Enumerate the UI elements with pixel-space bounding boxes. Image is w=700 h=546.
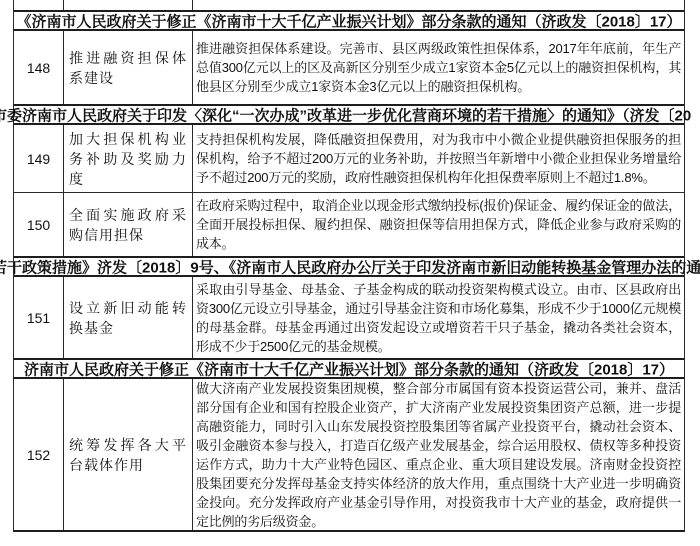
section-header-1: 《济南市人民政府关于修正《济南市十大千亿产业振兴计划》部分条款的通知（济政发〔2…	[14, 10, 684, 31]
row-title: 加大担保机构业务补助及奖励力度	[64, 125, 193, 192]
partial-row-top	[14, 0, 684, 10]
section-header-3-text: 若干政策措施》济发〔2018〕9号、《济南市人民政府办公厅关于印发济南市新旧动能…	[0, 256, 700, 277]
row-content: 做大济南产业发展投资集团规模，整合部分市属国有资本投资运营公司，兼并、盘活部分国…	[193, 379, 684, 530]
partial-cell-content	[193, 0, 684, 10]
policy-row-148: 148 推进融资担保体系建设 推进融资担保体系建设。完善市、县区两级政策性担保体…	[14, 31, 684, 104]
row-number: 150	[14, 193, 64, 256]
policy-row-150: 150 全面实施政府采购信用担保 在政府采购过程中，取消企业以现金形式缴纳投标(…	[14, 193, 684, 256]
row-content: 在政府采购过程中，取消企业以现金形式缴纳投标(报价)保证金、履约保证金的做法，全…	[193, 193, 684, 256]
row-title: 全面实施政府采购信用担保	[64, 193, 193, 256]
policy-row-149: 149 加大担保机构业务补助及奖励力度 支持担保机构发展，降低融资担保费用，对为…	[14, 125, 684, 193]
row-title: 推进融资担保体系建设	[64, 31, 193, 104]
row-number: 151	[14, 277, 64, 358]
row-number: 149	[14, 125, 64, 192]
row-content: 支持担保机构发展，降低融资担保费用，对为我市中小微企业提供融资担保服务的担保机构…	[193, 125, 684, 192]
row-content: 推进融资担保体系建设。完善市、县区两级政策性担保体系，2017年年底前，年生产总…	[193, 31, 684, 104]
row-number: 152	[14, 379, 64, 530]
partial-cell-title	[64, 0, 193, 10]
section-header-3: 若干政策措施》济发〔2018〕9号、《济南市人民政府办公厅关于印发济南市新旧动能…	[14, 256, 684, 277]
row-number: 148	[14, 31, 64, 104]
section-header-2: 市委济南市人民政府关于印发〈深化“一次办成”改革进一步优化营商环境的若干措施〉的…	[14, 104, 684, 125]
policy-table: 《济南市人民政府关于修正《济南市十大千亿产业振兴计划》部分条款的通知（济政发〔2…	[13, 0, 685, 532]
row-content: 采取由引导基金、母基金、子基金构成的联动投资架构模式设立。由市、区县政府出资30…	[193, 277, 684, 358]
section-header-4: 济南市人民政府关于修正《济南市十大千亿产业振兴计划》部分条款的通知（济政发〔20…	[14, 358, 684, 379]
section-header-4-text: 济南市人民政府关于修正《济南市十大千亿产业振兴计划》部分条款的通知（济政发〔20…	[24, 358, 674, 379]
section-header-2-text: 市委济南市人民政府关于印发〈深化“一次办成”改革进一步优化营商环境的若干措施〉的…	[0, 104, 691, 125]
row-title: 设立新旧动能转换基金	[64, 277, 193, 358]
section-header-1-text: 《济南市人民政府关于修正《济南市十大千亿产业振兴计划》部分条款的通知（济政发〔2…	[16, 10, 681, 31]
row-title: 统筹发挥各大平台载体作用	[64, 379, 193, 530]
partial-cell-number	[14, 0, 64, 10]
policy-row-151: 151 设立新旧动能转换基金 采取由引导基金、母基金、子基金构成的联动投资架构模…	[14, 277, 684, 358]
policy-row-152: 152 统筹发挥各大平台载体作用 做大济南产业发展投资集团规模，整合部分市属国有…	[14, 379, 684, 532]
document-page: 《济南市人民政府关于修正《济南市十大千亿产业振兴计划》部分条款的通知（济政发〔2…	[0, 0, 700, 546]
